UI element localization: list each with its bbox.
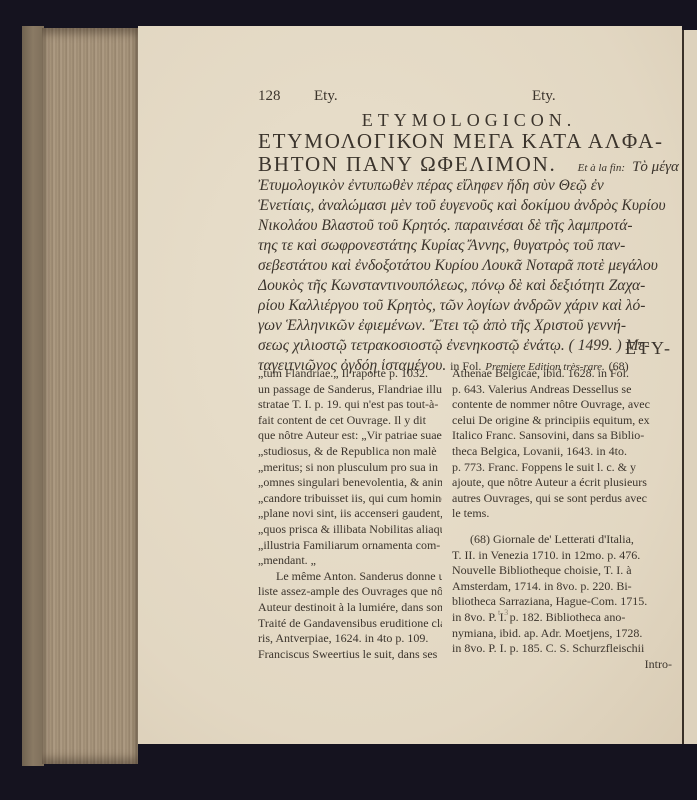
text-line: „studiosus, & de Republica non malè bbox=[258, 444, 442, 460]
colophon-line: γων Ἑλληνικῶν ἐφιεμένων. Ἔτει τῷ ἀπὸ τῆς… bbox=[258, 316, 676, 336]
left-column: „tum Flandriae.„ Il raporte p. 1032. un … bbox=[258, 366, 442, 662]
footnote-line: in 8vo. P. I. p. 185. C. S. Schurzfleisc… bbox=[452, 641, 672, 657]
footnote-line: in 8vo. P. I. p. 182. Bibliotheca ano- bbox=[452, 610, 672, 626]
colophon-line: ρίου Καλλιέργου τοῦ Κρητὸς, τῶν λογίων ἀ… bbox=[258, 296, 676, 316]
text-line: liste assez-ample des Ouvrages que nôtre bbox=[258, 584, 442, 600]
next-page-edge bbox=[682, 30, 697, 744]
colophon-line: Ἐτυμολογικὸν ἐντυπωθὲν πέρας εἴληφεν ἤδη… bbox=[258, 176, 676, 196]
footnote-line: nymiana, ibid. ap. Adr. Moetjens, 1728. bbox=[452, 626, 672, 642]
text-line: „meritus; si non plusculum pro sua in bbox=[258, 460, 442, 476]
text-line: ris, Antverpiae, 1624. in 4to p. 109. bbox=[258, 631, 442, 647]
text-line: Franciscus Sweertius le suit, dans ses bbox=[258, 647, 442, 663]
running-head-right: Ety. bbox=[532, 88, 556, 105]
right-column: Athenae Belgicae, ibid. 1628. in Fol. p.… bbox=[452, 366, 672, 672]
colophon-line: Ἑνετίαις, ἀναλώμασι μὲν τοῦ ἐυγενοῦς καὶ… bbox=[258, 196, 676, 216]
footnote-line: Amsterdam, 1714. in 8vo. p. 220. Bi- bbox=[452, 579, 672, 595]
text-line: contente de nommer nôtre Ouvrage, avec bbox=[452, 397, 672, 413]
signature-mark: t 3 bbox=[498, 608, 509, 617]
text-line: que nôtre Auteur est: „Vir patriae suae bbox=[258, 428, 442, 444]
colophon-note: Et à la fin: bbox=[578, 162, 625, 174]
colophon-line: Δουκὸς τῆς Κωνσταντινουπόλεως, πόνῳ δὲ κ… bbox=[258, 276, 676, 296]
footnote-line: Nouvelle Bibliotheque choisie, T. I. à bbox=[452, 563, 672, 579]
text-line: ajoute, que nôtre Auteur a écrit plusieu… bbox=[452, 475, 672, 491]
text-line: „omnes singulari benevolentia, & animi bbox=[258, 475, 442, 491]
colophon-start: Τὸ μέγα bbox=[632, 159, 679, 175]
text-line: Traité de Gandavensibus eruditione cla- bbox=[258, 616, 442, 632]
page-stack bbox=[42, 28, 138, 764]
text-line: theca Belgica, Lovanii, 1643. in 4to. bbox=[452, 444, 672, 460]
text-line: Le même Anton. Sanderus donne une bbox=[258, 569, 442, 585]
text-line: le tems. bbox=[452, 506, 672, 522]
running-header: 128 Ety. Ety. bbox=[258, 88, 680, 108]
footnote-line: (68) Giornale de' Letterati d'Italia, bbox=[452, 532, 672, 548]
running-head-left: Ety. bbox=[314, 88, 338, 105]
footnote-line: bliotheca Sarraziana, Hague-Com. 1715. bbox=[452, 594, 672, 610]
text-line: „plane novi sint, iis accenseri gaudent, bbox=[258, 506, 442, 522]
book-fore-edge bbox=[22, 26, 44, 766]
text-line: un passage de Sanderus, Flandriae illu- bbox=[258, 382, 442, 398]
text-line: „tum Flandriae.„ Il raporte p. 1032. bbox=[258, 366, 442, 382]
text-line: fait content de cet Ouvrage. Il y dit bbox=[258, 413, 442, 429]
text-line: autres Ouvrages, qui se sont perdus avec bbox=[452, 491, 672, 507]
greek-title-line: ΒΗΤΟΝ ΠΑΝΥ ΩΦΕΛΙΜΟΝ. bbox=[258, 152, 557, 176]
text-line: p. 643. Valerius Andreas Dessellus se bbox=[452, 382, 672, 398]
text-line: stratae T. I. p. 19. qui n'est pas tout-… bbox=[258, 397, 442, 413]
spacer bbox=[452, 522, 672, 532]
greek-title: ΕΤΥΜΟΛΟΓΙΚΟΝ ΜΕΓΑ ΚΑΤΑ ΑΛΦΑ- ΒΗΤΟΝ ΠΑΝΥ … bbox=[258, 130, 676, 180]
text-line: „mendant. „ bbox=[258, 553, 442, 569]
text-line: Athenae Belgicae, ibid. 1628. in Fol. bbox=[452, 366, 672, 382]
text-line: Auteur destinoit à la lumiére, dans son bbox=[258, 600, 442, 616]
right-catchword: Intro- bbox=[452, 657, 672, 673]
colophon-line: Νικολάου Βλαστοῦ τοῦ Κρητός. παραινέσαι … bbox=[258, 216, 676, 236]
text-line: „illustria Familiarum ornamenta com- bbox=[258, 538, 442, 554]
text-line: „quos prisca & illibata Nobilitas aliaqu… bbox=[258, 522, 442, 538]
text-line: celui De origine & principiis equitum, e… bbox=[452, 413, 672, 429]
text-line: p. 773. Franc. Foppens le suit l. c. & y bbox=[452, 460, 672, 476]
greek-title-line: ΕΤΥΜΟΛΟΓΙΚΟΝ ΜΕΓΑ ΚΑΤΑ ΑΛΦΑ- bbox=[258, 130, 676, 153]
colophon-line: της τε καὶ σωφρονεστάτης Κυρίας Ἄννης, θ… bbox=[258, 236, 676, 256]
catchword: ETY- bbox=[258, 338, 672, 359]
page-number: 128 bbox=[258, 88, 281, 105]
text-line: Italico Franc. Sansovini, dans sa Biblio… bbox=[452, 428, 672, 444]
entry-title: ETYMOLOGICON. bbox=[258, 110, 680, 131]
text-line: „candore tribuisset iis, qui cum homines bbox=[258, 491, 442, 507]
footnote-line: T. II. in Venezia 1710. in 12mo. p. 476. bbox=[452, 548, 672, 564]
colophon-line: σεβεστάτου καὶ ἐνδοξοτάτου Κυρίου Λουκᾶ … bbox=[258, 256, 676, 276]
